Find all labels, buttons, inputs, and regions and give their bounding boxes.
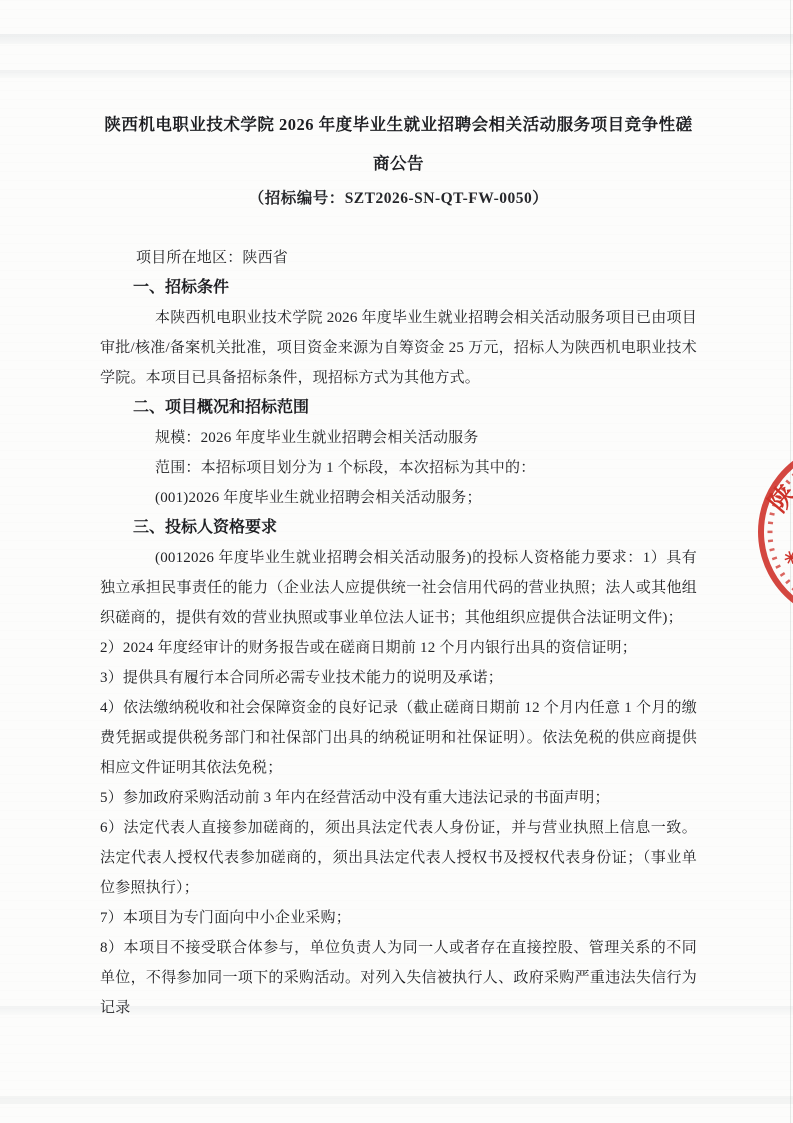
document-title: 陕西机电职业技术学院 2026 年度毕业生就业招聘会相关活动服务项目竞争性磋商公… (100, 105, 697, 183)
section-1-paragraph: 本陕西机电职业技术学院 2026 年度毕业生就业招聘会相关活动服务项目已由项目审… (100, 303, 697, 393)
qualification-item: 6）法定代表人直接参加磋商的，须出具法定代表人身份证，并与营业执照上信息一致。法… (100, 813, 697, 903)
seal-char: 陕 (762, 479, 793, 518)
lot-line: (001)2026 年度毕业生就业招聘会相关活动服务； (100, 483, 697, 513)
qualification-item: 8）本项目不接受联合体参与，单位负责人为同一人或者存在直接控股、管理关系的不同单… (100, 933, 697, 1023)
scope-line: 范围：本招标项目划分为 1 个标段，本次招标为其中的： (100, 453, 697, 483)
scan-streak (0, 1096, 793, 1104)
section-1-heading: 一、招标条件 (100, 273, 697, 303)
qualification-item: 7）本项目为专门面向中小企业采购； (100, 903, 697, 933)
qualification-item: 4）依法缴纳税收和社会保障资金的良好记录（截止磋商日期前 12 个月内任意 1 … (100, 693, 697, 783)
scanned-document-page: 陕西机电职业技术学院 2026 年度毕业生就业招聘会相关活动服务项目竞争性磋商公… (0, 0, 793, 1123)
section-2-heading: 二、项目概况和招标范围 (100, 393, 697, 423)
seal-star-icon: ✳ (782, 547, 793, 569)
qualification-item: 2）2024 年度经审计的财务报告或在磋商日期前 12 个月内银行出具的资信证明… (100, 633, 697, 663)
section-3-heading: 三、投标人资格要求 (100, 513, 697, 543)
qualification-item: 5）参加政府采购活动前 3 年内在经营活动中没有重大违法记录的书面声明； (100, 783, 697, 813)
tender-number: （招标编号：SZT2026-SN-QT-FW-0050） (100, 185, 697, 213)
scale-line: 规模：2026 年度毕业生就业招聘会相关活动服务 (100, 423, 697, 453)
qualification-intro: (0012026 年度毕业生就业招聘会相关活动服务)的投标人资格能力要求：1）具… (100, 543, 697, 633)
document-body: 陕西机电职业技术学院 2026 年度毕业生就业招聘会相关活动服务项目竞争性磋商公… (0, 0, 793, 1023)
location-line: 项目所在地区：陕西省 (100, 243, 697, 273)
qualification-item: 3）提供具有履行本合同所必需专业技术能力的说明及承诺； (100, 663, 697, 693)
